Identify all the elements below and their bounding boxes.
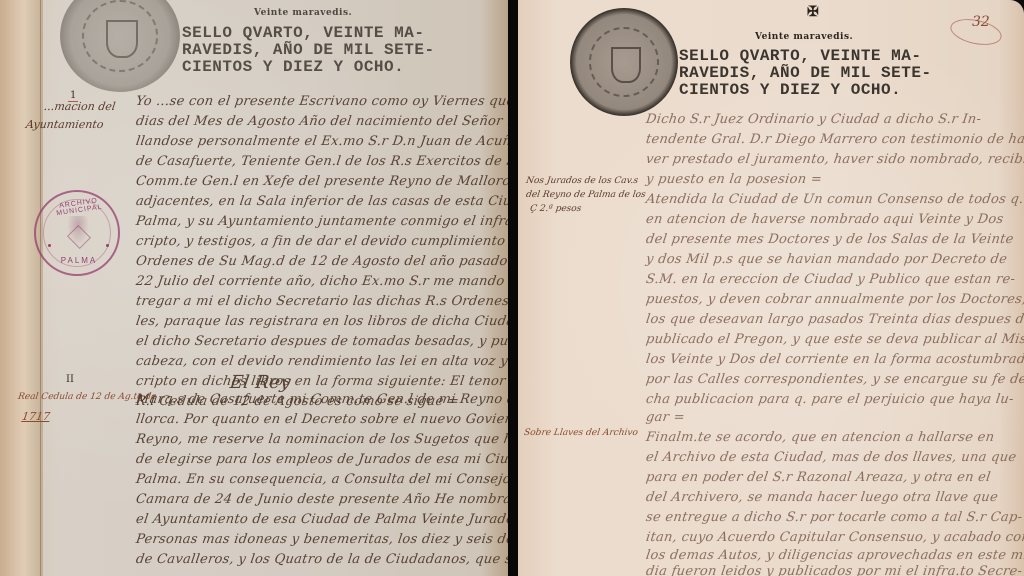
header-line: RAVEDIS, AÑO DE MIL SETE- bbox=[182, 42, 435, 59]
margin-note-line: Ç 2.ª pesos bbox=[529, 204, 582, 214]
page-gap bbox=[508, 0, 518, 576]
manuscript-line: Atendida la Ciudad de Un comun Consenso … bbox=[645, 192, 1024, 207]
manuscript-line: dia fueron leidos y publicados por mi el… bbox=[645, 564, 1023, 576]
manuscript-line: el dicho Secretario despues de tomadas b… bbox=[135, 334, 508, 349]
page-fold bbox=[40, 0, 43, 576]
manuscript-line: Ordenes de Su Mag.d de 12 de Agosto del … bbox=[135, 254, 508, 269]
manuscript-line: Yo ...se con el presente Escrivano como … bbox=[135, 94, 508, 109]
margin-note-line: 1717 bbox=[21, 410, 51, 423]
manuscript-line: dias del Mes de Agosto Año del nacimient… bbox=[135, 114, 508, 129]
heading-el-rey: El Rey bbox=[229, 372, 293, 393]
manuscript-line: Camara de 24 de Junio deste presente Año… bbox=[135, 492, 508, 507]
manuscript-line: cripto en dichos libros en la forma sigu… bbox=[135, 374, 508, 389]
header-line: SELLO QVARTO, VEINTE MA- bbox=[679, 48, 932, 65]
header-line: SELLO QVARTO, VEINTE MA- bbox=[182, 25, 435, 42]
manuscript-line: cripto, y testigos, a fin de dar el devi… bbox=[135, 234, 508, 249]
header-line: CIENTOS Y DIEZ Y OCHO. bbox=[679, 82, 932, 99]
left-manuscript-page: Veinte maravedis. SELLO QVARTO, VEINTE M… bbox=[0, 0, 508, 576]
manuscript-line: Personas mas idoneas y benemeritas, los … bbox=[135, 532, 508, 547]
manuscript-line: tregar a mi el dicho Secretario las dich… bbox=[135, 294, 508, 309]
margin-note-line: del Reyno de Palma de los bbox=[525, 190, 646, 200]
manuscript-line: Marq.s de Casafuerte mi Comm.te Gen.l de… bbox=[135, 392, 508, 407]
manuscript-line: adjacentes, en la Sala inferior de las c… bbox=[135, 194, 508, 209]
manuscript-line: cabeza, con el devido rendimiento las le… bbox=[135, 354, 508, 369]
manuscript-line: tendente Gral. D.r Diego Marrero con tes… bbox=[645, 132, 1024, 147]
header-line: CIENTOS Y DIEZ Y OCHO. bbox=[182, 59, 435, 76]
cross-mark-icon: ✠ bbox=[807, 4, 819, 21]
manuscript-line: de Casafuerte, Teniente Gen.l de los R.s… bbox=[135, 154, 508, 169]
manuscript-line: de elegirse para los empleos de Jurados … bbox=[135, 452, 508, 467]
royal-seal-stamp-icon bbox=[570, 8, 678, 116]
manuscript-line: los Veinte y Dos del corriente en la for… bbox=[645, 352, 1024, 367]
manuscript-line: S.M. en la ereccion de Ciudad y Publico … bbox=[645, 272, 1016, 287]
manuscript-line: por las Calles correspondientes, y se en… bbox=[645, 372, 1024, 387]
manuscript-line: del Archivero, se manda hacer luego otra… bbox=[645, 490, 999, 505]
royal-seal-stamp-icon bbox=[60, 0, 180, 92]
manuscript-line: itan, cuyo Acuerdo Capitular Consensuo, … bbox=[645, 530, 1024, 545]
manuscript-line: y dos Mil p.s que se havian mandado por … bbox=[645, 252, 1008, 267]
manuscript-line: los demas Autos, y diligencias aprovecha… bbox=[645, 548, 1024, 563]
margin-note-line: Ayuntamiento bbox=[25, 118, 104, 131]
manuscript-line: del presente mes Doctores y de los Salas… bbox=[645, 232, 1015, 247]
manuscript-line: y puesto en la posesion = bbox=[645, 172, 823, 187]
stamped-paper-header: SELLO QVARTO, VEINTE MA-RAVEDIS, AÑO DE … bbox=[679, 48, 932, 99]
manuscript-line: Palma. En su consequencia, a Consulta de… bbox=[135, 472, 508, 487]
binding-strip bbox=[0, 0, 41, 576]
margin-note-line: Nos Jurados de los Cav.s bbox=[525, 176, 638, 186]
archivo-municipal-palma-stamp-icon: ARCHIVO MUNICIPAL PALMA bbox=[34, 190, 120, 276]
manuscript-line: cha publicacion para q. pare el perjuici… bbox=[645, 392, 1015, 407]
manuscript-line: puestos, y deven cobrar annualmente por … bbox=[645, 292, 1024, 307]
header-line: RAVEDIS, AÑO DE MIL SETE- bbox=[679, 65, 932, 82]
margin-marker-2: II bbox=[66, 374, 74, 385]
manuscript-line: los que deseavan largo pasados Treinta d… bbox=[645, 312, 1024, 327]
manuscript-line: el Ayuntamiento de esa Ciudad de Palma V… bbox=[135, 512, 508, 527]
manuscript-line: para en poder del S.r Razonal Areaza, y … bbox=[645, 470, 992, 485]
stamped-paper-header: SELLO QVARTO, VEINTE MA-RAVEDIS, AÑO DE … bbox=[182, 25, 435, 76]
manuscript-line: Dicho S.r Juez Ordinario y Ciudad a dich… bbox=[645, 112, 982, 127]
margin-note-line: Sobre Llaves del Archivo bbox=[523, 428, 638, 438]
manuscript-line: les, paraque las registrara en los libro… bbox=[135, 314, 508, 329]
manuscript-line: el Archivo de esta Ciudad, mas de dos ll… bbox=[645, 450, 1017, 465]
manuscript-line: de Cavalleros, y los Quatro de la de Ciu… bbox=[135, 552, 508, 567]
manuscript-line: gar = bbox=[645, 410, 686, 425]
stamp-value-text: Veinte maravedis. bbox=[254, 8, 352, 18]
manuscript-line: Reyno, me reserve la nominacion de los S… bbox=[135, 432, 508, 447]
manuscript-line: en atencion de haverse nombrado aqui Vei… bbox=[645, 212, 1005, 227]
crest-icon bbox=[67, 216, 89, 246]
manuscript-line: llandose personalmente el Ex.mo S.r D.n … bbox=[135, 134, 508, 149]
margin-note-line: ...macion del bbox=[43, 100, 116, 113]
folio-number: 32 bbox=[972, 14, 990, 30]
stamp-value-text: Veinte maravedis. bbox=[755, 32, 853, 42]
manuscript-line: ver prestado el juramento, haver sido no… bbox=[645, 152, 1024, 167]
stamp-bottom-text: PALMA bbox=[36, 256, 122, 265]
manuscript-line: publicado el Pregon, y que este se deva … bbox=[645, 332, 1024, 347]
manuscript-line: Comm.te Gen.l en Xefe del presente Reyno… bbox=[135, 174, 508, 189]
manuscript-line: Palma, y su Ayuntamiento juntamente conm… bbox=[135, 214, 508, 229]
manuscript-line: Finalm.te se acordo, que en atencion a h… bbox=[645, 430, 995, 445]
manuscript-line: llorca. Por quanto en el Decreto sobre e… bbox=[135, 412, 508, 427]
manuscript-line: 22 Julio del corriente año, dicho Ex.mo … bbox=[135, 274, 508, 289]
right-manuscript-page: ✠ Veinte maravedis. SELLO QVARTO, VEINTE… bbox=[518, 0, 1024, 576]
manuscript-line: se entregue a dicho S.r por tocarle como… bbox=[645, 510, 1023, 525]
